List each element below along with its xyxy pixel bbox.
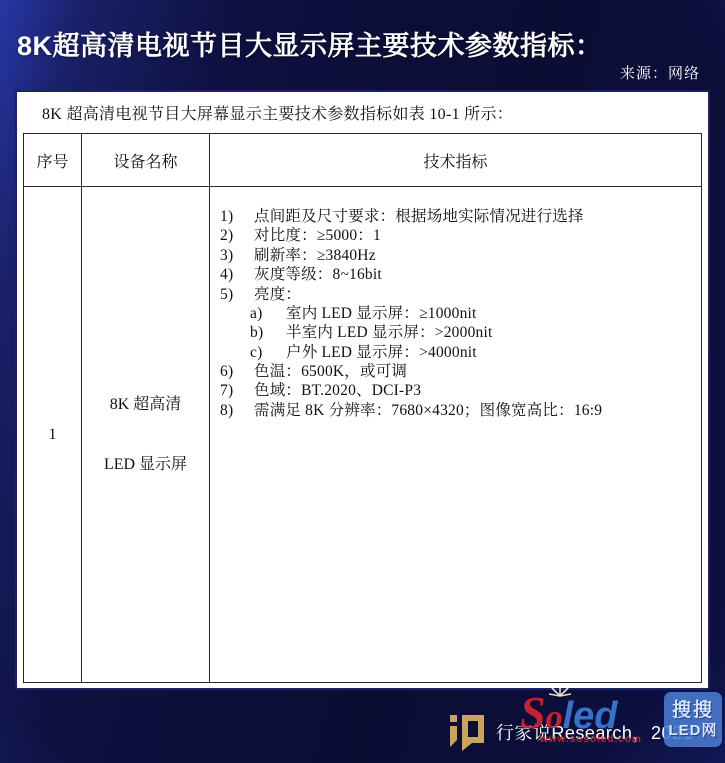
spec-text: 半室内 LED 显示屏：>2000nit [286,323,492,342]
table-intro-text: 8K 超高清电视节目大屏幕显示主要技术参数指标如表 10-1 所示： [17,92,708,133]
spec-number: 2) [220,226,254,245]
spec-number: 8) [220,401,254,420]
spec-line: 3)刷新率：≥3840Hz [220,246,693,265]
spec-number: b) [250,323,286,342]
table-header-row: 序号 设备名称 技术指标 [24,134,702,187]
spec-number: 5) [220,285,254,304]
column-header-device: 设备名称 [82,134,210,187]
spec-line: 2)对比度：≥5000：1 [220,226,693,245]
spec-text: 对比度：≥5000：1 [254,226,381,245]
slide-background: 8K超高清电视节目大显示屏主要技术参数指标： 来源：网络 8K 超高清电视节目大… [0,0,725,763]
table-row: 1 8K 超高清 LED 显示屏 1)点间距及尺寸要求：根据场地实际情况进行选择… [24,187,702,683]
spec-text: 亮度： [254,285,301,304]
column-header-specs: 技术指标 [210,134,702,187]
content-panel: 8K 超高清电视节目大屏幕显示主要技术参数指标如表 10-1 所示： 序号 设备… [15,90,710,690]
spec-text: 户外 LED 显示屏：>4000nit [286,343,477,362]
spec-text: 灰度等级：8~16bit [254,265,382,284]
device-name-line: 8K 超高清 [83,397,208,413]
spec-line: c)户外 LED 显示屏：>4000nit [220,343,693,362]
spec-text: 色温：6500K，或可调 [254,362,407,381]
badge-line: LED网 [668,722,717,739]
badge-line: 搜搜 [672,700,714,722]
spec-line: 7)色域：BT.2020、DCI-P3 [220,381,693,400]
spec-number: a) [250,304,286,323]
spec-line: b)半室内 LED 显示屏：>2000nit [220,323,693,342]
spec-text: 点间距及尺寸要求：根据场地实际情况进行选择 [254,207,584,226]
spec-number: 1) [220,207,254,226]
column-header-index: 序号 [24,134,82,187]
spec-line: 4)灰度等级：8~16bit [220,265,693,284]
spec-text: 室内 LED 显示屏：≥1000nit [286,304,477,323]
spec-number: 7) [220,381,254,400]
spec-number: 3) [220,246,254,265]
footer: 行家说Research，2021 Soled www.sosoled.com 搜… [0,690,725,763]
spec-line: 1)点间距及尺寸要求：根据场地实际情况进行选择 [220,207,693,226]
row-index-cell: 1 [24,187,82,683]
spec-number: c) [250,343,286,362]
source-credit: 来源：网络 [620,62,700,83]
spec-line: a)室内 LED 显示屏：≥1000nit [220,304,693,323]
spec-text: 需满足 8K 分辨率：7680×4320；图像宽高比：16:9 [254,401,602,420]
spec-number: 4) [220,265,254,284]
spec-line: 8)需满足 8K 分辨率：7680×4320；图像宽高比：16:9 [220,401,693,420]
device-name-cell: 8K 超高清 LED 显示屏 [82,187,210,683]
spec-list: 1)点间距及尺寸要求：根据场地实际情况进行选择2)对比度：≥5000：13)刷新… [210,187,701,436]
brand-row: 行家说Research，2021 [449,712,693,752]
spec-line: 5)亮度： [220,285,693,304]
spec-text: 刷新率：≥3840Hz [254,246,376,265]
spec-line: 6)色温：6500K，或可调 [220,362,693,381]
sousou-led-badge: 搜搜 LED网 [664,692,722,747]
spec-number: 6) [220,362,254,381]
spec-text: 色域：BT.2020、DCI-P3 [254,381,421,400]
hangjiashuo-logo-icon [449,712,485,752]
spec-table: 序号 设备名称 技术指标 1 8K 超高清 LED 显示屏 1)点间距及尺寸要求… [23,133,702,683]
device-name-line: LED 显示屏 [83,457,208,473]
spec-list-cell: 1)点间距及尺寸要求：根据场地实际情况进行选择2)对比度：≥5000：13)刷新… [210,187,702,683]
page-title: 8K超高清电视节目大显示屏主要技术参数指标： [17,24,657,63]
